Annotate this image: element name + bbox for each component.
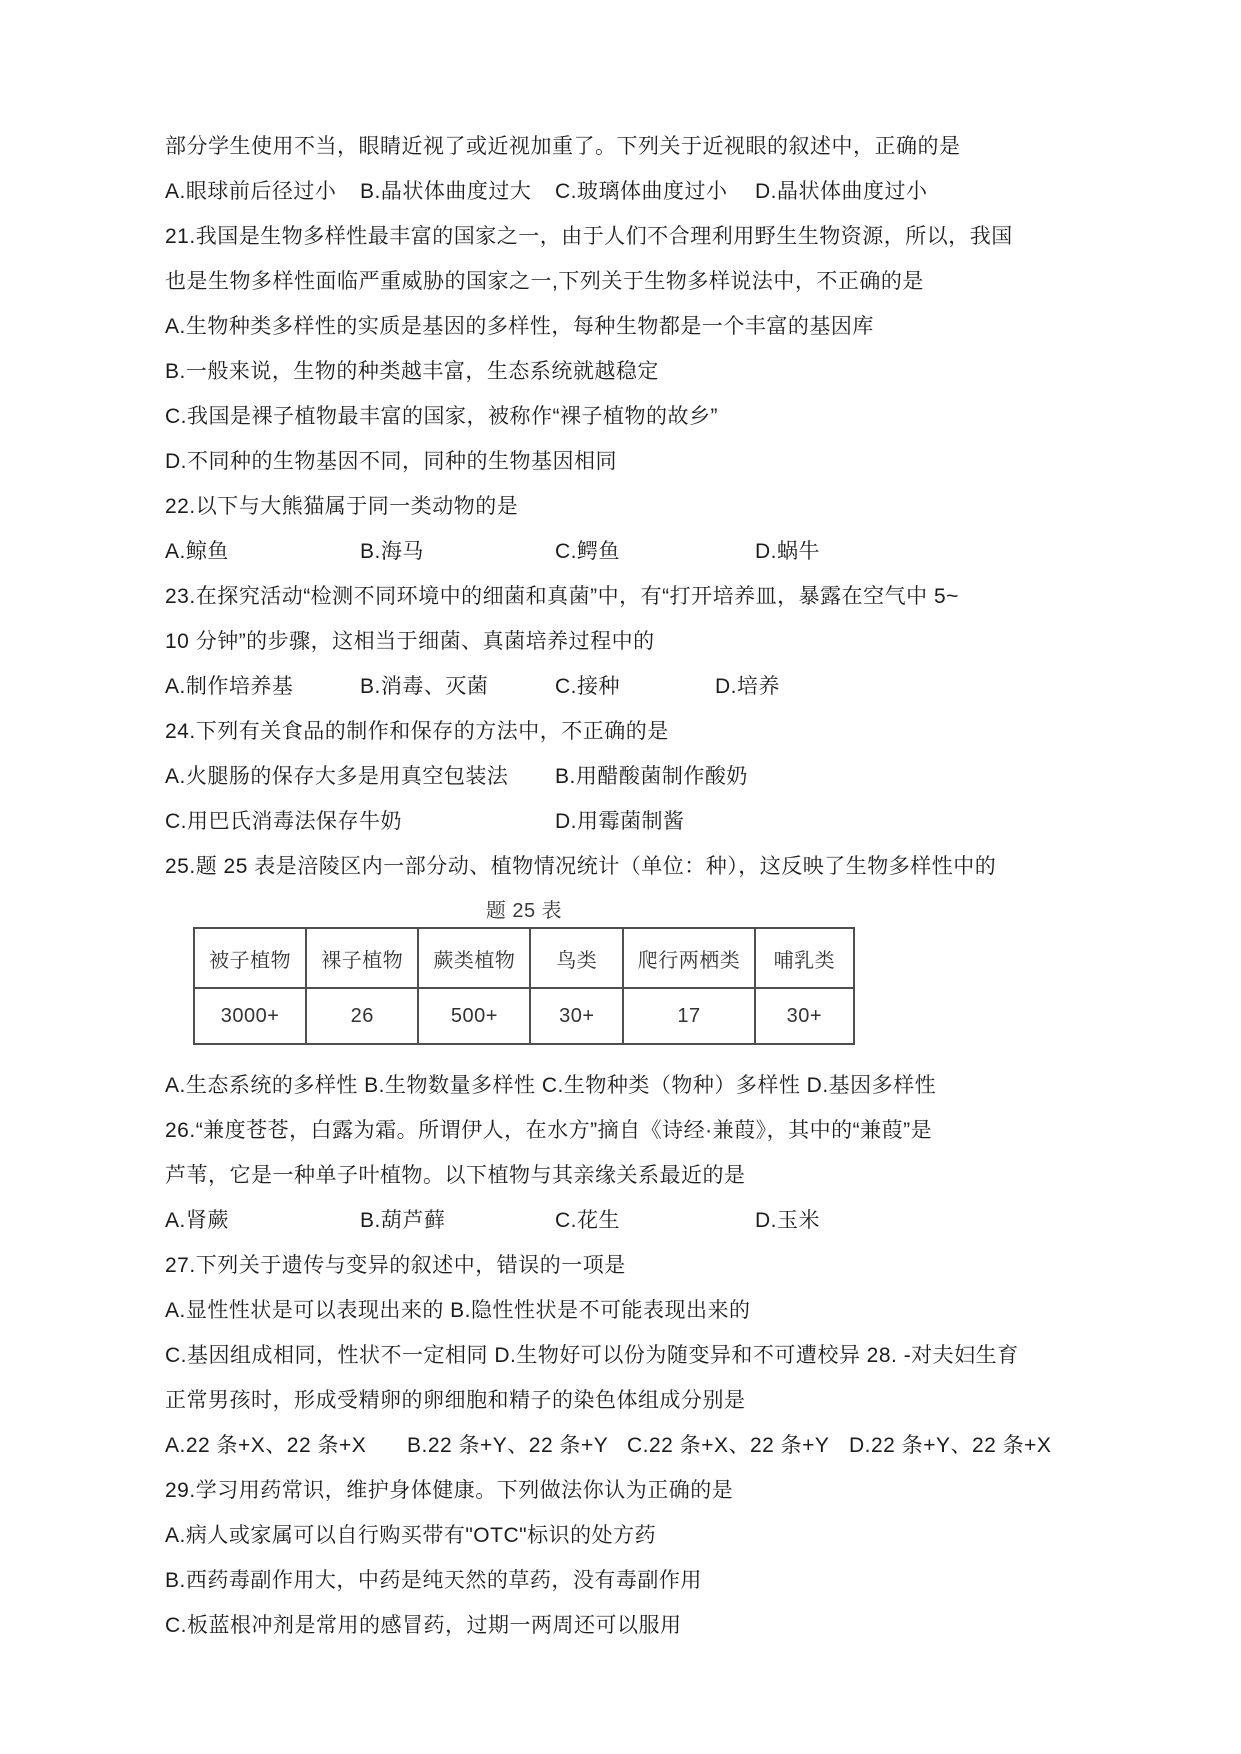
q23-option-d: D.培养 [715, 670, 1080, 700]
q23-option-c: C.接种 [555, 670, 715, 700]
q25-table-value-mammals: 30+ [755, 988, 854, 1044]
q26-option-c: C.花生 [555, 1204, 755, 1234]
q20-option-a: A.眼球前后径过小 [165, 175, 360, 205]
q20-stem-continuation: 部分学生使用不当，眼睛近视了或近视加重了。下列关于近视眼的叙述中，正确的是 [165, 122, 1080, 167]
q20-option-b: B.晶状体曲度过大 [360, 175, 555, 205]
q25-table-header-reptiles-amphibians: 爬行两栖类 [623, 928, 755, 988]
q29-option-c: C.板蓝根冲剂是常用的感冒药，过期一两周还可以服用 [165, 1601, 1080, 1646]
exam-content: 部分学生使用不当，眼睛近视了或近视加重了。下列关于近视眼的叙述中，正确的是 A.… [165, 122, 1080, 1646]
q25-table-title: 题 25 表 [193, 889, 855, 927]
q26-option-d: D.玉米 [755, 1204, 1080, 1234]
q25-table-value-ferns: 500+ [418, 988, 530, 1044]
q21-option-a: A.生物种类多样性的实质是基因的多样性，每种生物都是一个丰富的基因库 [165, 302, 1080, 347]
q21-option-d: D.不同种的生物基因不同，同种的生物基因相同 [165, 437, 1080, 482]
q21-option-b: B.一般来说，生物的种类越丰富，生态系统就越稳定 [165, 347, 1080, 392]
q21-stem-line2: 也是生物多样性面临严重威胁的国家之一,下列关于生物多样说法中，不正确的是 [165, 257, 1080, 302]
q28-option-d: D.22 条+Y、22 条+X [849, 1429, 1080, 1459]
q24-options-row1: A.火腿肠的保存大多是用真空包装法 B.用醋酸菌制作酸奶 [165, 752, 1080, 797]
q27-options-line1: A.显性性状是可以表现出来的 B.隐性性状是不可能表现出来的 [165, 1286, 1080, 1331]
exam-page: 部分学生使用不当，眼睛近视了或近视加重了。下列关于近视眼的叙述中，正确的是 A.… [0, 0, 1241, 1754]
q29-stem: 29.学习用药常识，维护身体健康。下列做法你认为正确的是 [165, 1466, 1080, 1511]
q21-option-c: C.我国是裸子植物最丰富的国家，被称作“裸子植物的故乡” [165, 392, 1080, 437]
q25-options-line: A.生态系统的多样性 B.生物数量多样性 C.生物种类（物种）多样性 D.基因多… [165, 1061, 1080, 1106]
q21-stem-line1: 21.我国是生物多样性最丰富的国家之一，由于人们不合理利用野生生物资源，所以，我… [165, 212, 1080, 257]
q25-table-header-row: 被子植物 裸子植物 蕨类植物 鸟类 爬行两栖类 哺乳类 [194, 928, 854, 988]
q22-option-d: D.蜗牛 [755, 535, 1080, 565]
q27-options-line2-q28-stem-start: C.基因组成相同，性状不一定相同 D.生物好可以份为随变异和不可遭校异 28. … [165, 1331, 1080, 1376]
q25-table-value-row: 3000+ 26 500+ 30+ 17 30+ [194, 988, 854, 1044]
q22-option-c: C.鳄鱼 [555, 535, 755, 565]
q24-option-c: C.用巴氏消毒法保存牛奶 [165, 805, 555, 835]
q29-option-a: A.病人或家属可以自行购买带有"OTC"标识的处方药 [165, 1511, 1080, 1556]
q28-option-a: A.22 条+X、22 条+X [165, 1429, 407, 1459]
q27-stem: 27.下列关于遗传与变异的叙述中，错误的一项是 [165, 1241, 1080, 1286]
q24-options-row2: C.用巴氏消毒法保存牛奶 D.用霉菌制酱 [165, 797, 1080, 842]
q26-options-row: A.肾蕨 B.葫芦藓 C.花生 D.玉米 [165, 1196, 1080, 1241]
q25-table-value-reptiles-amphibians: 17 [623, 988, 755, 1044]
q22-option-b: B.海马 [360, 535, 555, 565]
q23-options-row: A.制作培养基 B.消毒、灭菌 C.接种 D.培养 [165, 662, 1080, 707]
q23-stem-line1: 23.在探究活动“检测不同环境中的细菌和真菌”中，有“打开培养皿，暴露在空气中 … [165, 572, 1080, 617]
q22-option-a: A.鲸鱼 [165, 535, 360, 565]
q29-option-b: B.西药毒副作用大，中药是纯天然的草药，没有毒副作用 [165, 1556, 1080, 1601]
q20-option-d: D.晶状体曲度过小 [755, 175, 1080, 205]
q26-stem-line2: 芦苇，它是一种单子叶植物。以下植物与其亲缘关系最近的是 [165, 1151, 1080, 1196]
q22-options-row: A.鲸鱼 B.海马 C.鳄鱼 D.蜗牛 [165, 527, 1080, 572]
q20-options-row: A.眼球前后径过小 B.晶状体曲度过大 C.玻璃体曲度过小 D.晶状体曲度过小 [165, 167, 1080, 212]
q24-stem: 24.下列有关食品的制作和保存的方法中，不正确的是 [165, 707, 1080, 752]
q24-option-d: D.用霉菌制酱 [555, 805, 1080, 835]
q25-table: 被子植物 裸子植物 蕨类植物 鸟类 爬行两栖类 哺乳类 3000+ 26 500… [193, 927, 855, 1045]
q28-option-c: C.22 条+X、22 条+Y [627, 1429, 849, 1459]
q26-stem-line1: 26.“兼度苍苍，白露为霜。所谓伊人，在水方”摘自《诗经·兼葭》，其中的“兼葭”… [165, 1106, 1080, 1151]
q23-option-b: B.消毒、灭菌 [360, 670, 555, 700]
q25-table-block: 题 25 表 被子植物 裸子植物 蕨类植物 鸟类 爬行两栖类 哺乳类 3000+… [165, 889, 1080, 1045]
q20-option-c: C.玻璃体曲度过小 [555, 175, 755, 205]
q25-stem: 25.题 25 表是涪陵区内一部分动、植物情况统计（单位：种），这反映了生物多样… [165, 842, 1080, 887]
q28-options-row: A.22 条+X、22 条+X B.22 条+Y、22 条+Y C.22 条+X… [165, 1421, 1080, 1466]
q25-table-header-gymnosperms: 裸子植物 [306, 928, 418, 988]
q25-table-header-birds: 鸟类 [530, 928, 623, 988]
q25-table-header-mammals: 哺乳类 [755, 928, 854, 988]
q25-table-value-angiosperms: 3000+ [194, 988, 306, 1044]
q25-table-header-angiosperms: 被子植物 [194, 928, 306, 988]
q25-table-header-ferns: 蕨类植物 [418, 928, 530, 988]
q22-stem: 22.以下与大熊猫属于同一类动物的是 [165, 482, 1080, 527]
q23-stem-line2: 10 分钟”的步骤，这相当于细菌、真菌培养过程中的 [165, 617, 1080, 662]
q26-option-b: B.葫芦藓 [360, 1204, 555, 1234]
q24-option-b: B.用醋酸菌制作酸奶 [555, 760, 1080, 790]
q25-table-value-gymnosperms: 26 [306, 988, 418, 1044]
q23-option-a: A.制作培养基 [165, 670, 360, 700]
q24-option-a: A.火腿肠的保存大多是用真空包装法 [165, 760, 555, 790]
q28-stem-line2: 正常男孩时，形成受精卵的卵细胞和精子的染色体组成分别是 [165, 1376, 1080, 1421]
q26-option-a: A.肾蕨 [165, 1204, 360, 1234]
q25-table-value-birds: 30+ [530, 988, 623, 1044]
q28-option-b: B.22 条+Y、22 条+Y [407, 1429, 627, 1459]
